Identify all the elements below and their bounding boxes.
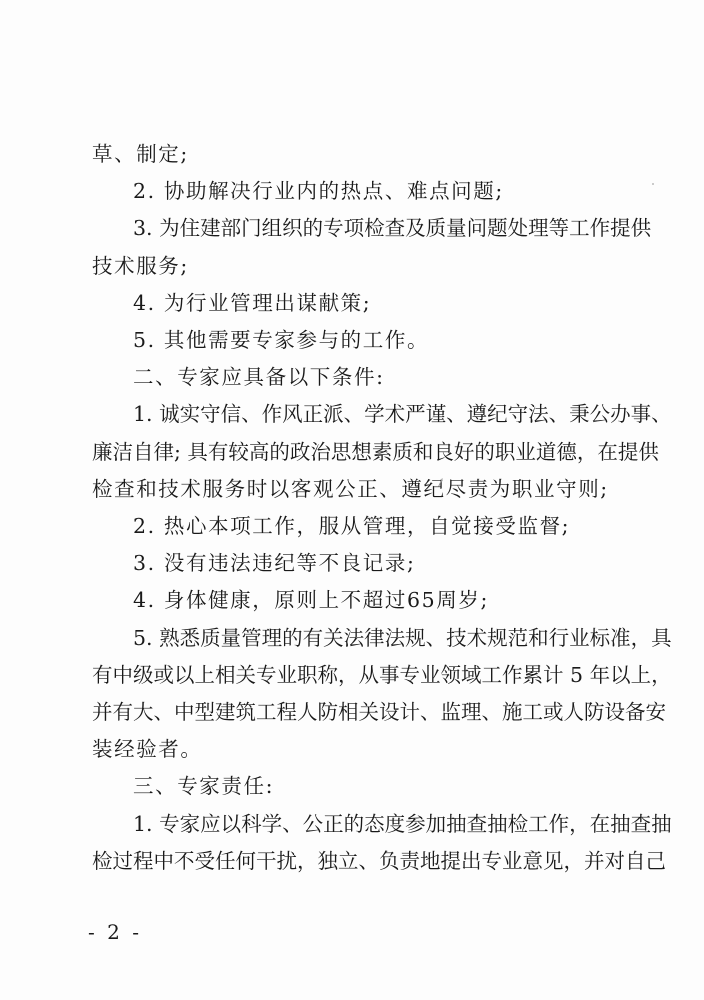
text-line: 5. 熟悉质量管理的有关法律法规、技术规范和行业标准，具 — [133, 624, 620, 652]
scan-speck — [652, 183, 654, 185]
text-line: 并有大、中型建筑工程人防相关设计、监理、施工或人防设备安 — [92, 698, 620, 726]
text-line: 二、专家应具备以下条件: — [133, 363, 620, 391]
text-line: 4. 身体健康，原则上不超过65周岁; — [133, 586, 620, 614]
text-line: 3. 没有违法违纪等不良记录; — [133, 549, 620, 577]
document-page: 草、制定;2. 协助解决行业内的热点、难点问题;3. 为住建部门组织的专项检查及… — [0, 0, 704, 1000]
text-line: 4. 为行业管理出谋献策; — [133, 289, 620, 317]
text-line: 检过程中不受任何干扰，独立、负责地提出专业意见，并对自己 — [92, 847, 620, 875]
text-line: 2. 协助解决行业内的热点、难点问题; — [133, 177, 620, 205]
text-line: 三、专家责任: — [133, 772, 620, 800]
text-line: 有中级或以上相关专业职称，从事专业领域工作累计 5 年以上， — [92, 661, 620, 689]
text-line: 5. 其他需要专家参与的工作。 — [133, 326, 620, 354]
text-line: 技术服务; — [92, 252, 620, 280]
text-line: 检查和技术服务时以客观公正、遵纪尽责为职业守则; — [92, 475, 620, 503]
text-line: 2. 热心本项工作，服从管理，自觉接受监督; — [133, 512, 620, 540]
text-line: 3. 为住建部门组织的专项检查及质量问题处理等工作提供 — [133, 214, 620, 242]
text-line: 装经验者。 — [92, 735, 620, 763]
page-number: - 2 - — [88, 918, 142, 946]
text-line: 1. 诚实守信、作风正派、学术严谨、遵纪守法、秉公办事、 — [133, 400, 620, 428]
text-line: 廉洁自律; 具有较高的政治思想素质和良好的职业道德，在提供 — [92, 438, 620, 466]
text-line: 1. 专家应以科学、公正的态度参加抽查抽检工作，在抽查抽 — [133, 810, 620, 838]
text-line: 草、制定; — [92, 140, 620, 168]
